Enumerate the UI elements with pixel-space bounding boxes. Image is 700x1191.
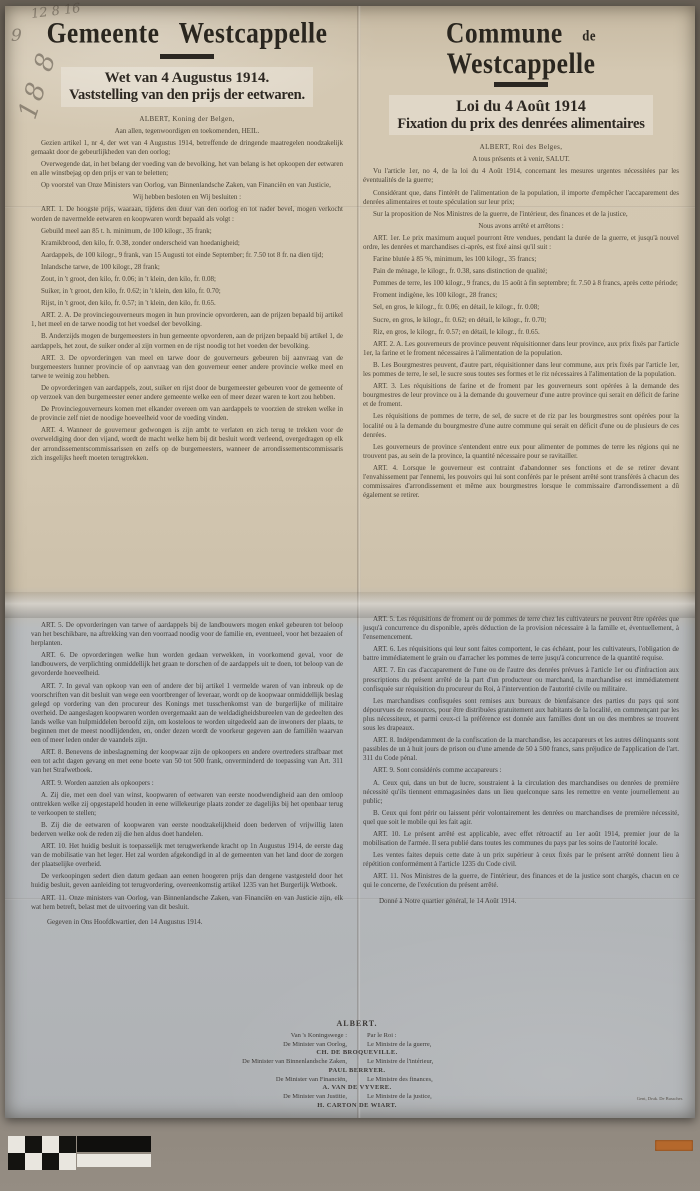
french-title-de: de [582,27,596,44]
french-subject-line: Fixation du prix des denrées alimentaire… [397,116,644,133]
divider-rule [160,54,214,59]
paragraph: ART. 11. Onze ministers van Oorlog, van … [31,894,343,912]
french-column-bottom: ART. 5. Les réquisitions de froment ou d… [363,612,679,1018]
french-subtitle-block: Loi du 4 Août 1914 Fixation du prix des … [389,95,652,136]
paragraph: A. Ceux qui, dans un but de lucre, soust… [363,779,679,806]
checker-square [59,1136,76,1153]
printer-imprint: Gent, Druk. De Busscher. [553,1096,683,1101]
paragraph: Aardappels, de 100 kilogr., 9 frank, van… [31,251,343,260]
paragraph: Sel, en gros, le kilogr., fr. 0.06; en d… [363,303,679,312]
paragraph: ART. 10. Het huidig besluit is toepassel… [31,842,343,869]
paragraph: Gebuild meel aan 85 t. h. minimum, de 10… [31,227,343,236]
paragraph: B. Les Bourgmestres peuvent, d'autre par… [363,361,679,379]
paragraph: Aan allen, tegenwoordigen en toekomenden… [31,127,343,136]
minister-name: H. CARTON DE WIART. [177,1102,537,1111]
calibration-scale [8,1136,151,1170]
minister-name: PAUL BERRYER. [177,1067,537,1076]
minister-title-fr: Le Ministre de la guerre, [357,1041,537,1050]
vertical-fold [357,6,361,1118]
paragraph: Riz, en gros, le kilogr., fr. 0.57; en d… [363,328,679,337]
paragraph: ART. 8. Benevens de inbeslagneming der k… [31,748,343,775]
dutch-law-line: Wet van 4 Augustus 1914. [69,69,305,87]
by-king-fr: Par le Roi : [357,1032,537,1041]
paragraph: Sur la proposition de Nos Ministres de l… [363,210,679,219]
paragraph: ART. 9. Worden aanzien als opkoopers : [31,779,343,788]
paragraph: Wij hebben besloten en Wij besluiten : [31,193,343,202]
paragraph: B. Ceux qui font périr ou laissent périr… [363,809,679,827]
paragraph: ART. 2. A. De provinciegouverneurs mogen… [31,311,343,329]
french-title-word: Commune [446,18,563,49]
paragraph: ART. 3. Les réquisitions de farine et de… [363,382,679,409]
paragraph: ART. 1er. Le prix maximum auquel pourron… [363,234,679,252]
paragraph: ART. 6. Les réquisitions qui leur sont f… [363,645,679,663]
signature-block: ALBERT. Van 's Koningswege : Par le Roi … [177,1019,537,1119]
checkerboard-scale [8,1136,76,1170]
paragraph: Zout, in 't groot, den kilo, fr. 0.06; i… [31,275,343,284]
black-reference-bar [77,1136,151,1152]
paragraph: Overwegende dat, in het belang der voedi… [31,160,343,178]
french-header: Commune de Westcappelle Loi du 4 Août 19… [363,18,679,135]
paragraph: ART. 2. A. Les gouverneurs de province p… [363,340,679,358]
minister-title-fr: Le Ministre de la justice, [357,1093,537,1102]
paragraph: Sucre, en gros, le kilogr., fr. 0.62; en… [363,316,679,325]
paragraph: A. Zij die, met een doel van winst, koop… [31,791,343,818]
checker-square [8,1136,25,1153]
paragraph: Inlandsche tarwe, de 100 kilogr., 28 fra… [31,263,343,272]
paragraph: ART. 4. Lorsque le gouverneur est contra… [363,464,679,500]
royal-signature: ALBERT. [177,1019,537,1030]
dutch-header: Gemeente Westcappelle Wet van 4 Augustus… [31,18,343,107]
paragraph: De verkoopingen sedert dien datum gedaan… [31,872,343,890]
paragraph: Gegeven in Ons Hoofdkwartier, den 14 Aug… [31,918,343,927]
paragraph: De opvorderingen van aardappels, zout, s… [31,384,343,402]
paragraph: ART. 6. De opvorderingen welke hun worde… [31,651,343,678]
paragraph: Les marchandises confisquées sont remise… [363,697,679,733]
checker-square [25,1136,42,1153]
photographed-poster: 12 8 16 9 18 8 Gemeente Westcappelle Wet… [0,0,700,1191]
signature-row: Van 's Koningswege : Par le Roi : [177,1032,537,1041]
minister-title-nl: De Minister van Oorlog, [177,1041,357,1050]
signature-row: De Minister van Binnenlandsche Zaken, Le… [177,1058,537,1067]
paragraph: Les ventes faites depuis cette date à un… [363,851,679,869]
paragraph: Donné à Notre quartier général, le 14 Ao… [363,897,679,906]
paragraph: A tous présents et à venir, SALUT. [363,155,679,164]
paragraph: B. Anderzijds mogen de burgemeesters in … [31,332,343,350]
paragraph: Op voorstel van Onze Ministers van Oorlo… [31,181,343,190]
white-reference-bar [77,1154,151,1167]
dutch-title: Gemeente Westcappelle [34,18,340,49]
french-title-word: Westcappelle [447,47,596,79]
french-title: Commune de Westcappelle [366,18,676,79]
signature-row: De Minister van Financiën, Le Ministre d… [177,1076,537,1085]
paragraph: Les gouverneurs de province s'entendent … [363,443,679,461]
paragraph: Gezien artikel 1, nr 4, der wet van 4 Au… [31,139,343,157]
poster-paper: 12 8 16 9 18 8 Gemeente Westcappelle Wet… [5,6,695,1118]
paragraph: Farine blutée à 85 %, minimum, les 100 k… [363,255,679,264]
minister-name: CH. DE BROQUEVILLE. [177,1049,537,1058]
signature-row: De Minister van Oorlog, Le Ministre de l… [177,1041,537,1050]
french-law-line: Loi du 4 Août 1914 [397,97,644,116]
paragraph: ART. 9. Sont considérés comme accapareur… [363,766,679,775]
minister-title-nl: De Minister van Binnenlandsche Zaken, [177,1058,357,1067]
paragraph: De Provinciegouverneurs komen met elkand… [31,405,343,423]
paragraph: Considérant que, dans l'intérêt de l'ali… [363,189,679,207]
inventory-sticker [655,1140,693,1151]
french-body-bottom: ART. 5. Les réquisitions de froment ou d… [363,615,679,906]
paragraph: Suiker, in 't groot, den kilo, fr. 0.62;… [31,287,343,296]
paragraph: Nous avons arrêté et arrêtons : [363,222,679,231]
paragraph: ART. 8. Indépendamment de la confiscatio… [363,736,679,763]
paragraph: ART. 10. Le présent arrêté est applicabl… [363,830,679,848]
paragraph: Pommes de terre, les 100 kilogr., 9 fran… [363,279,679,288]
dutch-subject-line: Vaststelling van den prijs der eetwaren. [69,87,305,104]
paragraph: ART. 7. In geval van opkoop van een of a… [31,682,343,746]
paragraph: Pain de ménage, le kilogr., fr. 0.38, sa… [363,267,679,276]
paragraph: Froment indigène, les 100 kilogr., 28 fr… [363,291,679,300]
paragraph: B. Zij die de eetwaren of koopwaren van … [31,821,343,839]
paragraph: ART. 4. Wanneer de gouverneur gedwongen … [31,426,343,462]
french-body-top: ALBERT, Roi des Belges,A tous présents e… [363,143,679,500]
dutch-column-top: Gemeente Westcappelle Wet van 4 Augustus… [31,18,343,596]
minister-name: A. VAN DE VYVERE. [177,1084,537,1093]
paragraph: ALBERT, Koning der Belgen, [31,115,343,124]
checker-square [8,1153,25,1170]
paragraph: ART. 7. En cas d'accaparement de l'une o… [363,666,679,693]
french-column-top: Commune de Westcappelle Loi du 4 Août 19… [363,18,679,596]
paragraph: ART. 3. De opvorderingen van meel en tar… [31,354,343,381]
paragraph: Kramikbrood, den kilo, fr. 0.38, zonder … [31,239,343,248]
paragraph: ART. 5. Les réquisitions de froment ou d… [363,615,679,642]
checker-square [59,1153,76,1170]
minister-title-nl: De Minister van Justitie, [177,1093,357,1102]
checker-square [25,1153,42,1170]
dutch-body-top: ALBERT, Koning der Belgen,Aan allen, teg… [31,115,343,463]
paragraph: Les réquisitions de pommes de terre, de … [363,412,679,439]
reference-bars [77,1136,151,1167]
minister-title-fr: Le Ministre des finances, [357,1076,537,1085]
dutch-column-bottom: ART. 5. De opvorderingen van tarwe of aa… [31,618,343,1018]
checker-square [42,1136,59,1153]
paragraph: Vu l'article 1er, no 4, de la loi du 4 A… [363,167,679,185]
pencil-annotation: 9 [11,26,22,46]
signature-row: De Minister van Justitie, Le Ministre de… [177,1093,537,1102]
paragraph: ART. 1. De hoogste prijs, waaraan, tijde… [31,205,343,223]
paragraph: ART. 5. De opvorderingen van tarwe of aa… [31,621,343,648]
minister-title-nl: De Minister van Financiën, [177,1076,357,1085]
paragraph: ALBERT, Roi des Belges, [363,143,679,152]
divider-rule [494,82,548,87]
paragraph: ART. 11. Nos Ministres de la guerre, de … [363,872,679,890]
by-king-nl: Van 's Koningswege : [177,1032,357,1041]
paragraph: Rijst, in 't groot, den kilo, fr. 0.57; … [31,299,343,308]
minister-title-fr: Le Ministre de l'intérieur, [357,1058,537,1067]
dutch-body-bottom: ART. 5. De opvorderingen van tarwe of aa… [31,621,343,927]
checker-square [42,1153,59,1170]
dutch-subtitle-block: Wet van 4 Augustus 1914. Vaststelling va… [61,67,313,106]
